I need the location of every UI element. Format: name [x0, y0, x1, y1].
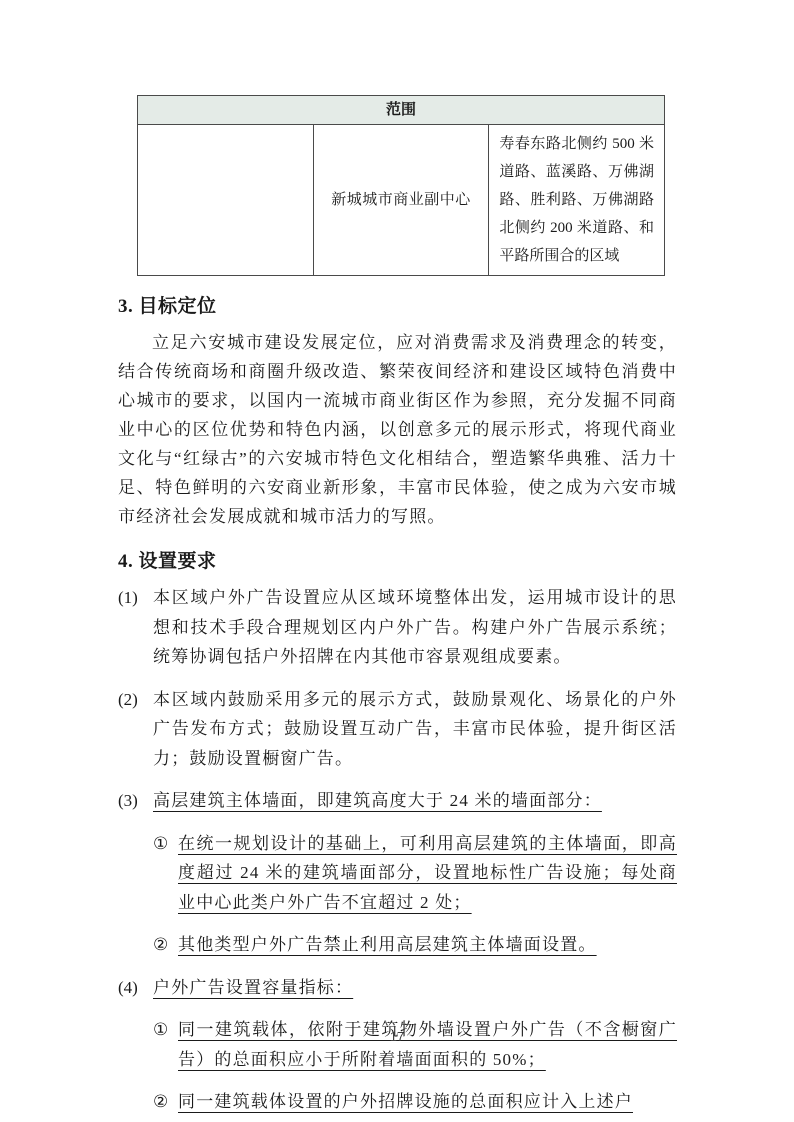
page-content: 范围 新城城市商业副中心 寿春东路北侧约 500 米道路、蓝溪路、万佛湖路、胜利…: [118, 0, 677, 1122]
list-item: ① 同一建筑载体，依附于建筑物外墙设置户外广告（不含橱窗广告）的总面积应小于所附…: [118, 1015, 677, 1074]
table-row: 新城城市商业副中心 寿春东路北侧约 500 米道路、蓝溪路、万佛湖路、胜利路、万…: [138, 125, 665, 276]
list-item: (2) 本区域内鼓励采用多元的展示方式，鼓励景观化、场景化的户外广告发布方式；鼓…: [118, 685, 677, 774]
table-header-cell: 范围: [138, 96, 665, 125]
item-text: 同一建筑载体设置的户外招牌设施的总面积应计入上述户: [178, 1087, 677, 1117]
list-item: (4) 户外广告设置容量指标：: [118, 973, 677, 1003]
list-item: (3) 高层建筑主体墙面，即建筑高度大于 24 米的墙面部分：: [118, 786, 677, 816]
item-marker: (2): [118, 685, 153, 774]
commercial-center-name-cell: 新城城市商业副中心: [313, 125, 489, 276]
circled-number-marker: ①: [153, 1015, 178, 1074]
list-item: ① 在统一规划设计的基础上，可利用高层建筑的主体墙面，即高度超过 24 米的建筑…: [118, 829, 677, 918]
list-item: (1) 本区域户外广告设置应从区域环境整体出发，运用城市设计的思想和技术手段合理…: [118, 583, 677, 672]
item-text: 户外广告设置容量指标：: [153, 973, 677, 1003]
document-page: 范围 新城城市商业副中心 寿春东路北侧约 500 米道路、蓝溪路、万佛湖路、胜利…: [0, 0, 794, 1122]
item-marker: (3): [118, 786, 153, 816]
item-text: 其他类型户外广告禁止利用高层建筑主体墙面设置。: [178, 930, 677, 960]
item-marker: (4): [118, 973, 153, 1003]
section-3-heading: 3. 目标定位: [118, 291, 677, 318]
circled-number-marker: ②: [153, 930, 178, 960]
circled-number-marker: ①: [153, 829, 178, 918]
table-empty-cell: [138, 125, 314, 276]
list-item: ② 其他类型户外广告禁止利用高层建筑主体墙面设置。: [118, 930, 677, 960]
item-text: 在统一规划设计的基础上，可利用高层建筑的主体墙面，即高度超过 24 米的建筑墙面…: [178, 829, 677, 918]
item-text: 本区域户外广告设置应从区域环境整体出发，运用城市设计的思想和技术手段合理规划区内…: [153, 583, 677, 672]
section-3-paragraph: 立足六安城市建设发展定位，应对消费需求及消费理念的转变，结合传统商场和商圈升级改…: [118, 328, 677, 531]
item-text: 本区域内鼓励采用多元的展示方式，鼓励景观化、场景化的户外广告发布方式；鼓励设置互…: [153, 685, 677, 774]
range-table: 范围 新城城市商业副中心 寿春东路北侧约 500 米道路、蓝溪路、万佛湖路、胜利…: [137, 95, 665, 276]
section-4-heading: 4. 设置要求: [118, 546, 677, 573]
list-item: ② 同一建筑载体设置的户外招牌设施的总面积应计入上述户: [118, 1087, 677, 1117]
circled-number-marker: ②: [153, 1087, 178, 1117]
range-description-cell: 寿春东路北侧约 500 米道路、蓝溪路、万佛湖路、胜利路、万佛湖路北侧约 200…: [489, 125, 665, 276]
item-marker: (1): [118, 583, 153, 672]
item-text: 高层建筑主体墙面，即建筑高度大于 24 米的墙面部分：: [153, 786, 677, 816]
item-text: 同一建筑载体，依附于建筑物外墙设置户外广告（不含橱窗广告）的总面积应小于所附着墙…: [178, 1015, 677, 1074]
table-header-row: 范围: [138, 96, 665, 125]
page-number: 17: [0, 1029, 794, 1044]
